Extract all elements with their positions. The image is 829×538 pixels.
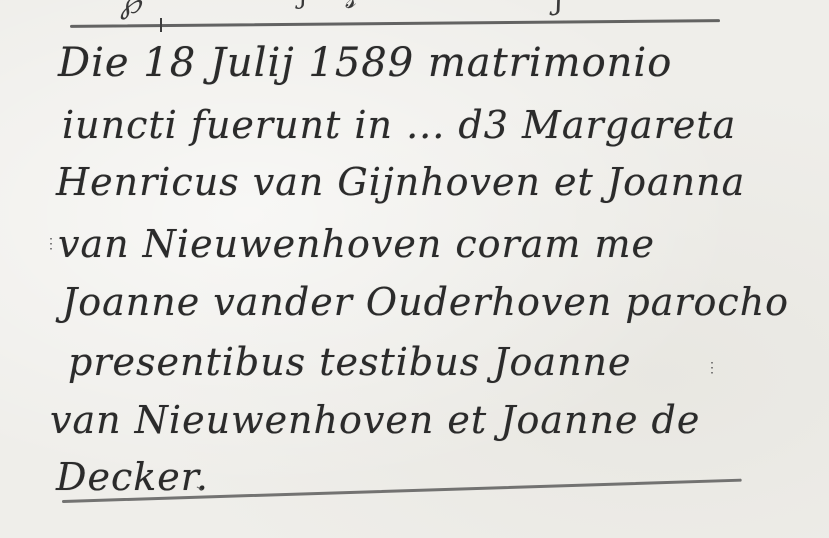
previous-entry-fragment: ʃ <box>555 0 563 17</box>
ink-speck: ⋮ <box>705 360 719 376</box>
entry-line-2: iuncti fuerunt in ... d3 Margareta <box>62 103 736 147</box>
previous-entry-fragment: ℘ <box>120 0 141 21</box>
entry-line-4: van Nieuwenhoven coram me <box>58 222 655 266</box>
previous-entry-fragment: 𝓈 <box>345 0 355 16</box>
entry-line-5: Joanne vander Ouderhoven parocho <box>62 280 789 324</box>
entry-line-6: presentibus testibus Joanne <box>68 340 632 384</box>
document-page: ​ ℘ ʃ 𝓈 ʃ Die 18 Julij 1589 matrimonio i… <box>0 0 829 538</box>
ink-speck: ⋮ <box>44 236 58 252</box>
entry-line-3: Henricus van Gijnhoven et Joanna <box>56 160 745 204</box>
entry-line-7: van Nieuwenhoven et Joanne de <box>50 398 700 442</box>
top-separator-rule <box>70 19 720 27</box>
entry-line-8: Decker. <box>56 455 209 499</box>
previous-entry-fragment: ʃ <box>300 0 307 10</box>
entry-line-1: Die 18 Julij 1589 matrimonio <box>58 40 672 86</box>
rule-tick <box>160 18 162 32</box>
